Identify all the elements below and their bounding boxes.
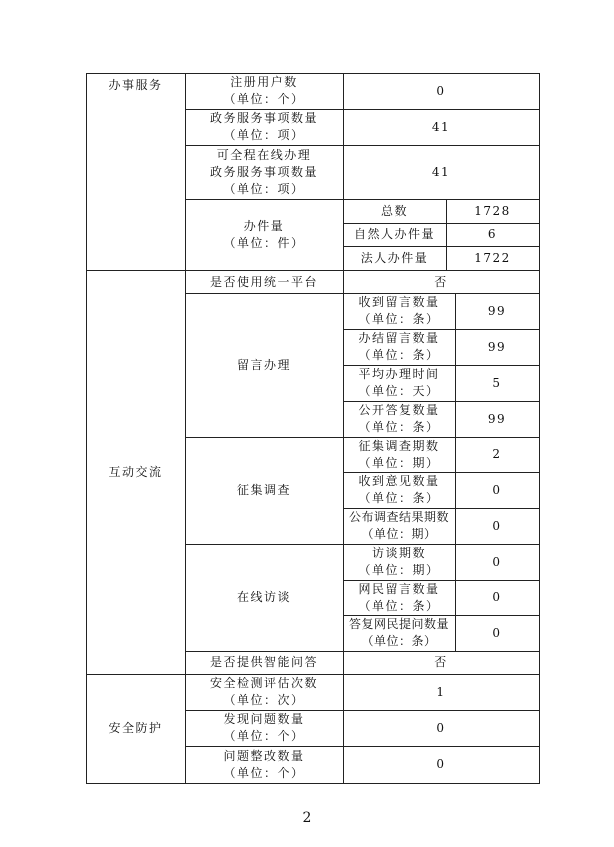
metric-label: 问题整改数量 （单位：个） [185,746,343,783]
sub-value: 99 [455,401,539,437]
document-page: 办事服务 注册用户数 （单位：个） 0 政务服务事项数量 （单位：项） 41 可… [0,0,614,847]
section-label-security: 安全防护 [86,674,185,783]
sub-value: 0 [455,508,539,544]
sub-value: 99 [455,329,539,365]
sub-label: 法人办件量 [343,246,446,270]
sub-value: 99 [455,293,539,329]
sub-label: 平均办理时间 （单位：天） [343,365,455,401]
sub-label: 办结留言数量 （单位：条） [343,329,455,365]
metric-label: 是否使用统一平台 [185,271,343,293]
metric-label: 办件量 （单位：件） [185,199,343,271]
metric-label: 可全程在线办理 政务服务事项数量 （单位：项） [185,145,343,199]
sub-value: 6 [446,223,539,246]
group-label-survey: 征集调查 [185,437,343,544]
sub-label: 网民留言数量 （单位：条） [343,580,455,615]
sub-value: 0 [455,544,539,580]
sub-label: 公布调查结果期数 （单位：期） [343,508,455,544]
sub-value: 2 [455,437,539,472]
metric-value: 1 [343,674,539,710]
metric-label: 是否提供智能问答 [185,651,343,674]
sub-label: 公开答复数量 （单位：条） [343,401,455,437]
metric-value: 41 [343,109,539,145]
table-border-bottom [86,783,540,784]
sub-label: 收到留言数量 （单位：条） [343,293,455,329]
metric-value: 41 [343,145,539,199]
sub-label: 征集调查期数 （单位：期） [343,437,455,472]
sub-value: 0 [455,472,539,508]
section-label-interaction: 互动交流 [86,271,185,674]
group-label-message-handling: 留言办理 [185,293,343,437]
metric-label: 发现问题数量 （单位：个） [185,710,343,746]
metric-value: 0 [343,710,539,746]
metric-label: 注册用户数 （单位：个） [185,73,343,109]
section-label-office-services: 办事服务 [86,73,185,271]
metric-value: 0 [343,73,539,109]
sub-label: 自然人办件量 [343,223,446,246]
sub-value: 5 [455,365,539,401]
sub-value: 1728 [446,199,539,223]
group-label-online-interview: 在线访谈 [185,544,343,651]
metric-label: 政务服务事项数量 （单位：项） [185,109,343,145]
sub-label: 答复网民提问数量 （单位：条） [343,615,455,651]
page-number: 2 [0,810,614,826]
metric-value: 否 [343,271,539,293]
sub-value: 0 [455,580,539,615]
sub-label: 访谈期数 （单位：期） [343,544,455,580]
sub-label: 收到意见数量 （单位：条） [343,472,455,508]
sub-value: 0 [455,615,539,651]
metric-label: 安全检测评估次数 （单位：次） [185,674,343,710]
sub-label: 总数 [343,199,446,223]
sub-value: 1722 [446,246,539,270]
metric-value: 0 [343,746,539,783]
metric-value: 否 [343,651,539,674]
table-border-right [539,73,540,784]
